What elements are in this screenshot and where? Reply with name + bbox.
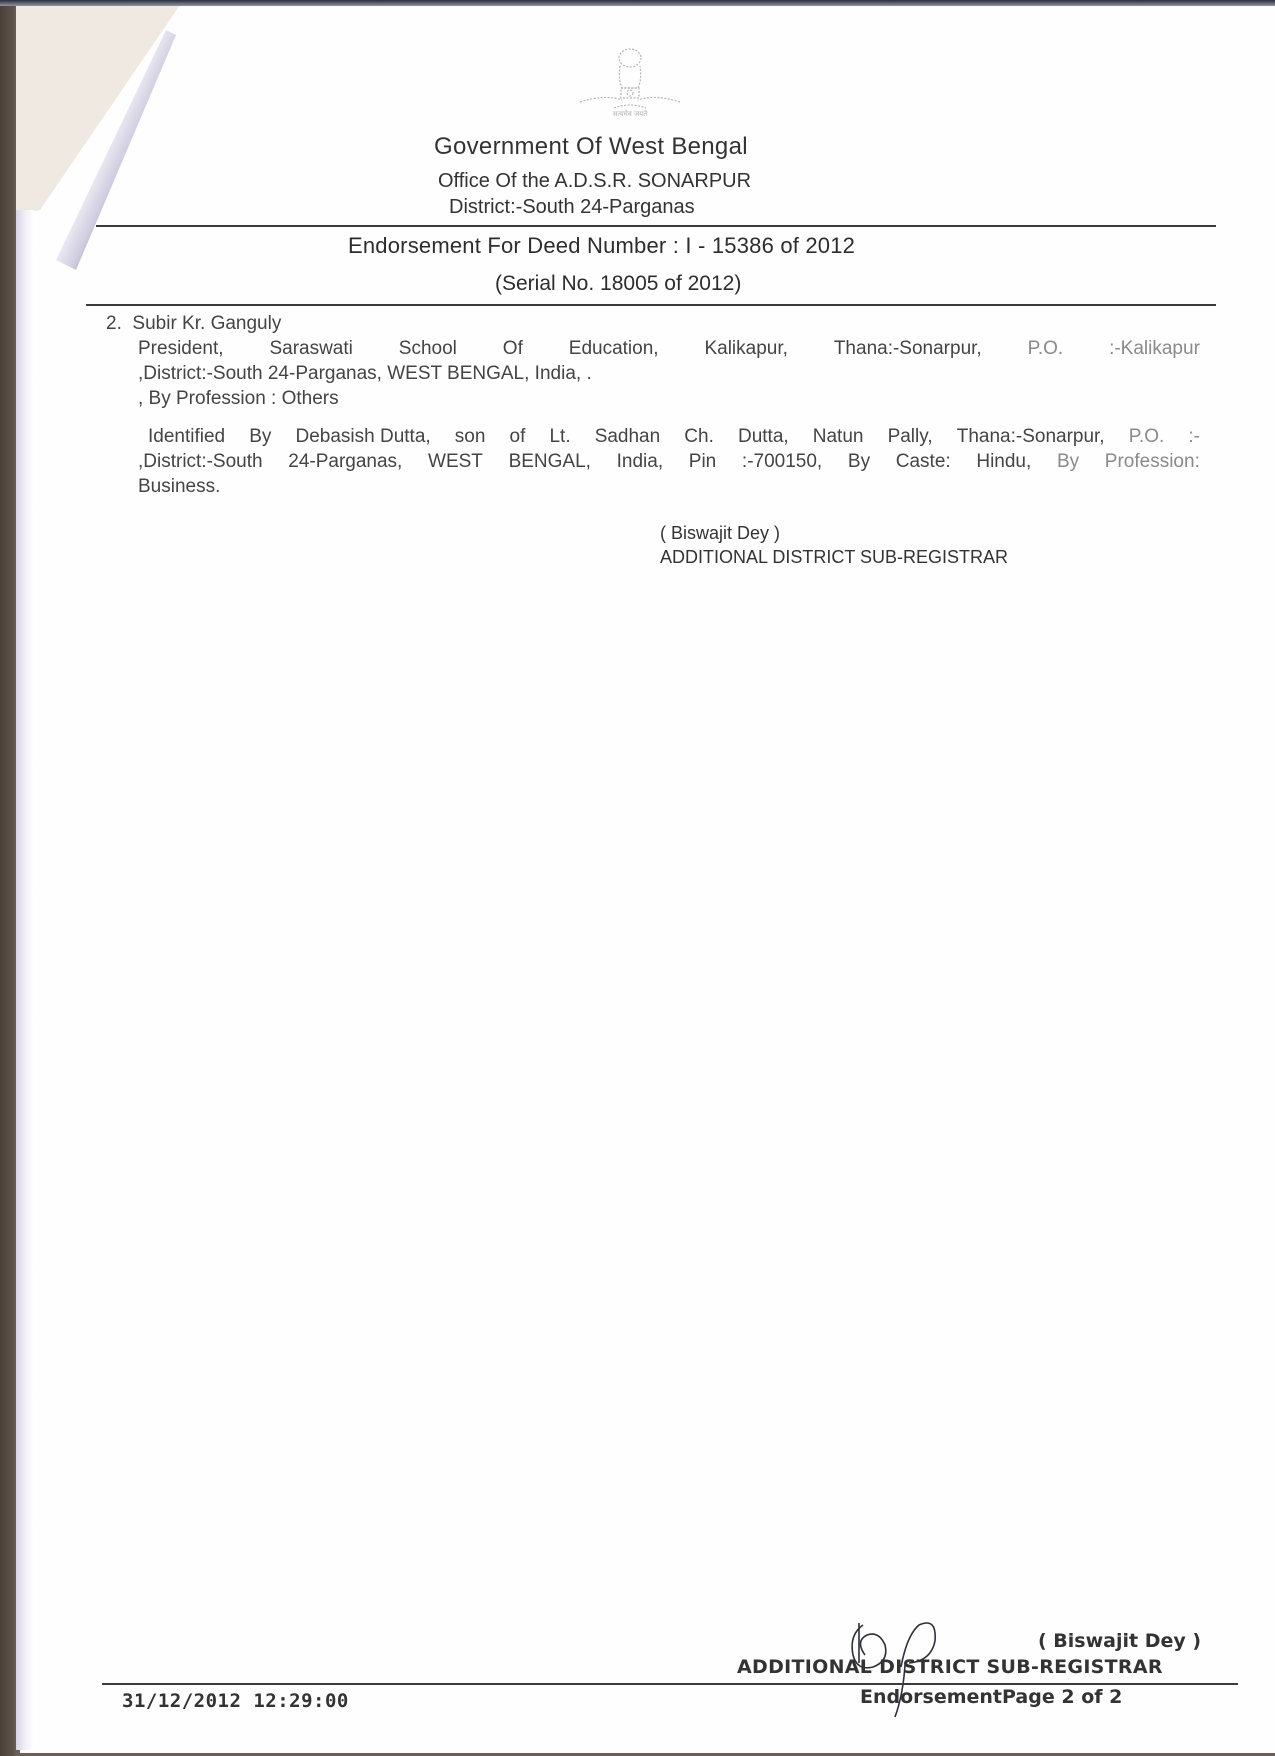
identifier-line-2: ,District:-South24-Parganas,WESTBENGAL,I… [138,449,1200,474]
office-title: Office Of the A.D.S.R. SONARPUR [438,170,878,193]
word: Caste: [896,449,951,474]
word: P.O. [1129,424,1165,449]
identifier-line-3: Business. [138,474,1200,499]
word: Pin [689,449,716,474]
word: Natun [813,424,864,449]
header-divider [96,225,1216,227]
footer-signatory-name: ( Biswajit Dey ) [1038,1630,1201,1652]
word: Dutta, [738,424,789,449]
word: By [249,424,271,449]
word: Ch. [684,424,714,449]
party-entry: 2. Subir Kr. Ganguly [106,311,281,336]
word: India, [617,449,663,474]
word: Profession: [1105,449,1200,474]
footer-page-number: EndorsementPage 2 of 2 [860,1686,1122,1708]
footer-datetime: 31/12/2012 12:29:00 [122,1690,349,1712]
word: By [1057,449,1079,474]
word: :-700150, [742,449,822,474]
party-address: President,SaraswatiSchoolOfEducation,Kal… [138,336,1200,411]
word: President, [138,336,224,361]
word: :-Kalikapur [1109,336,1200,361]
word: WEST [428,449,483,474]
government-title: Government Of West Bengal [434,133,834,161]
word: BENGAL, [509,449,591,474]
word: Debasish Dutta, [296,424,431,449]
word: 24-Parganas, [288,449,402,474]
party-address-line-1: President,SaraswatiSchoolOfEducation,Kal… [138,336,1200,361]
party-name: Subir Kr. Ganguly [132,313,281,334]
footer-signatory-designation: ADDITIONAL DISTRICT SUB-REGISTRAR [737,1656,1163,1678]
word: Sadhan [595,424,661,449]
signatory-designation: ADDITIONAL DISTRICT SUB-REGISTRAR [660,545,1008,569]
state-emblem-icon: सत्यमेव जयते [570,44,690,124]
word: Kalikapur, [704,336,787,361]
footer-divider [102,1683,1238,1685]
identifier-line-1: IdentifiedByDebasish Dutta,sonofLt.Sadha… [138,424,1200,449]
word: Pally, [888,424,933,449]
word: Hindu, [976,449,1031,474]
word: :- [1188,424,1200,449]
word: By [848,449,870,474]
endorsement-title: Endorsement For Deed Number : I - 15386 … [348,233,855,259]
word: P.O. [1028,336,1064,361]
title-divider [86,304,1216,306]
svg-text:सत्यमेव जयते: सत्यमेव जयते [613,109,648,118]
word: Lt. [549,424,570,449]
party-number: 2. [106,313,122,334]
word: ,District:-South [138,449,263,474]
word: Education, [569,336,659,361]
document-content: सत्यमेव जयते Government Of West Bengal O… [0,0,1275,1756]
word: School [399,336,457,361]
word: Thana:-Sonarpur, [834,336,982,361]
word: Saraswati [269,336,352,361]
district-title: District:-South 24-Parganas [449,196,849,219]
word: son [455,424,486,449]
signatory-block: ( Biswajit Dey ) ADDITIONAL DISTRICT SUB… [660,521,1008,569]
word: of [510,424,526,449]
party-profession: , By Profession : Others [138,386,1200,411]
word: Thana:-Sonarpur, [957,424,1105,449]
party-address-line-2: ,District:-South 24-Parganas, WEST BENGA… [138,361,1200,386]
serial-number: (Serial No. 18005 of 2012) [495,272,741,296]
word: Identified [148,424,225,449]
signatory-name: ( Biswajit Dey ) [660,521,1008,545]
word: Of [503,336,523,361]
identifier-entry: IdentifiedByDebasish Dutta,sonofLt.Sadha… [138,424,1200,499]
